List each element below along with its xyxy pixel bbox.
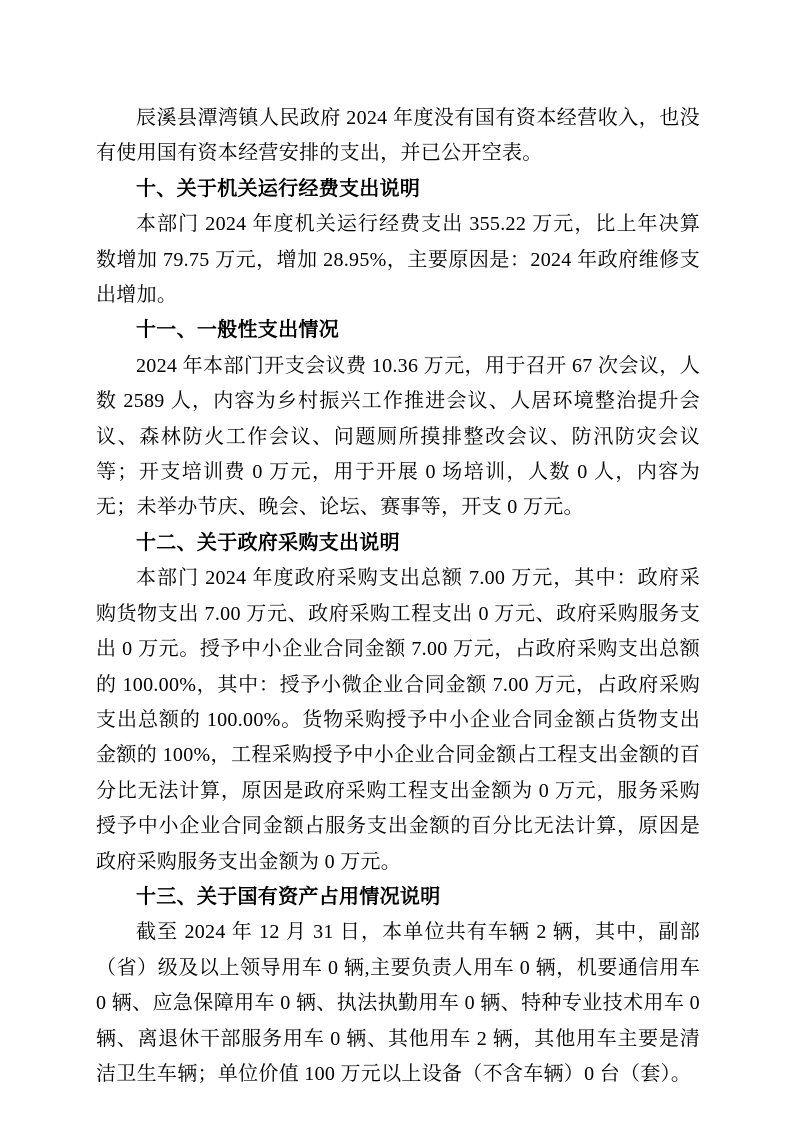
section-heading: 十一、一般性支出情况 [96,313,700,348]
body-paragraph: 截至 2024 年 12 月 31 日，本单位共有车辆 2 辆，其中，副部（省）… [96,915,700,1092]
section-heading: 十二、关于政府采购支出说明 [96,526,700,561]
section-heading: 十三、关于国有资产占用情况说明 [96,880,700,915]
body-paragraph: 本部门 2024 年度政府采购支出总额 7.00 万元，其中：政府采购货物支出 … [96,561,700,880]
document-body: 辰溪县潭湾镇人民政府 2024 年度没有国有资本经营收入，也没有使用国有资本经营… [96,101,700,1092]
body-paragraph: 辰溪县潭湾镇人民政府 2024 年度没有国有资本经营收入，也没有使用国有资本经营… [96,101,700,172]
body-paragraph: 本部门 2024 年度机关运行经费支出 355.22 万元，比上年决算数增加 7… [96,207,700,313]
document-page: 辰溪县潭湾镇人民政府 2024 年度没有国有资本经营收入，也没有使用国有资本经营… [0,0,793,1122]
body-paragraph: 2024 年本部门开支会议费 10.36 万元，用于召开 67 次会议，人数 2… [96,349,700,526]
section-heading: 十、关于机关运行经费支出说明 [96,172,700,207]
